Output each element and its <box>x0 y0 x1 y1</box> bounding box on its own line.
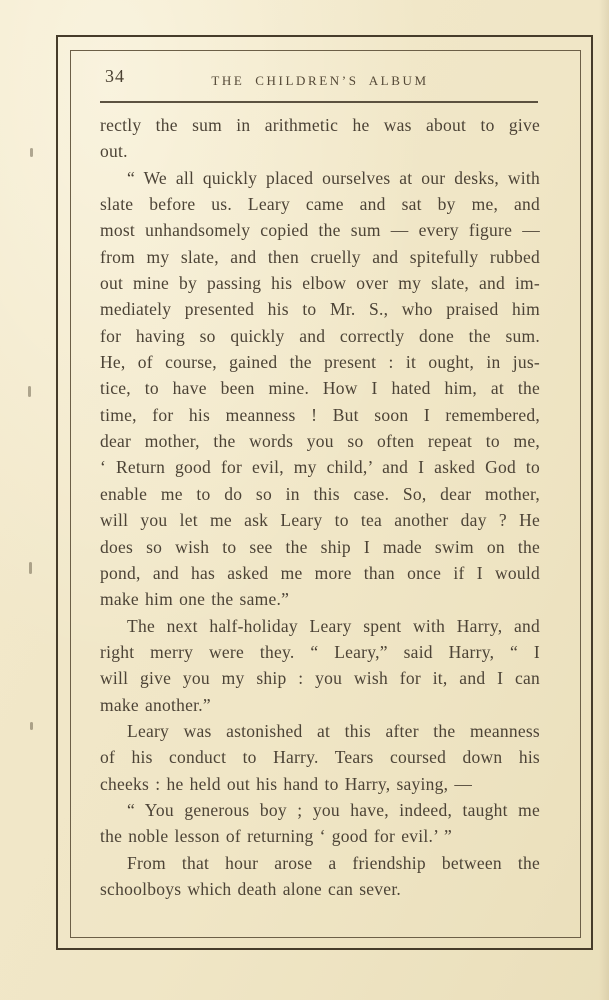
text-line: tice, to have been mine. How I hated him… <box>100 375 540 401</box>
text-line: will give you my ship : you wish for it,… <box>100 665 540 691</box>
text-line: most unhandsomely copied the sum — every… <box>100 217 540 243</box>
text-line: time, for his meanness ! But soon I reme… <box>100 402 540 428</box>
text-line: for having so quickly and correctly done… <box>100 323 540 349</box>
text-line: From that hour arose a friendship betwee… <box>100 850 540 876</box>
text-line: slate before us. Leary came and sat by m… <box>100 191 540 217</box>
text-line: Leary was astonished at this after the m… <box>100 718 540 744</box>
text-line: out. <box>100 138 540 164</box>
scan-speck <box>30 722 33 730</box>
text-line: ‘ Return good for evil, my child,’ and I… <box>100 454 540 480</box>
scan-speck <box>28 386 31 397</box>
text-line: from my slate, and then cruelly and spit… <box>100 244 540 270</box>
text-line: rectly the sum in arithmetic he was abou… <box>100 112 540 138</box>
text-line: mediately presented his to Mr. S., who p… <box>100 296 540 322</box>
text-line: He, of course, gained the present : it o… <box>100 349 540 375</box>
body-text: rectly the sum in arithmetic he was abou… <box>100 112 540 902</box>
text-line: pond, and has asked me more than once if… <box>100 560 540 586</box>
scanned-book-page: 34 THE CHILDREN’S ALBUM rectly the sum i… <box>0 0 609 1000</box>
text-line: “ You generous boy ; you have, indeed, t… <box>100 797 540 823</box>
text-line: the noble lesson of returning ‘ good for… <box>100 823 540 849</box>
header-rule <box>100 101 538 103</box>
text-line: enable me to do so in this case. So, dea… <box>100 481 540 507</box>
scan-speck <box>30 148 33 157</box>
text-line: dear mother, the words you so often repe… <box>100 428 540 454</box>
text-line: right merry were they. “ Leary,” said Ha… <box>100 639 540 665</box>
text-line: schoolboys which death alone can sever. <box>100 876 540 902</box>
text-line: does so wish to see the ship I made swim… <box>100 534 540 560</box>
text-line: will you let me ask Leary to tea another… <box>100 507 540 533</box>
text-line: The next half-holiday Leary spent with H… <box>100 613 540 639</box>
text-line: make another.” <box>100 692 540 718</box>
text-line: make him one the same.” <box>100 586 540 612</box>
scan-speck <box>29 562 32 574</box>
running-head-title: THE CHILDREN’S ALBUM <box>100 73 540 89</box>
text-line: out mine by passing his elbow over my sl… <box>100 270 540 296</box>
text-line: of his conduct to Harry. Tears coursed d… <box>100 744 540 770</box>
text-line: “ We all quickly placed ourselves at our… <box>100 165 540 191</box>
text-line: cheeks : he held out his hand to Harry, … <box>100 771 540 797</box>
page-edge-shadow <box>599 0 609 1000</box>
